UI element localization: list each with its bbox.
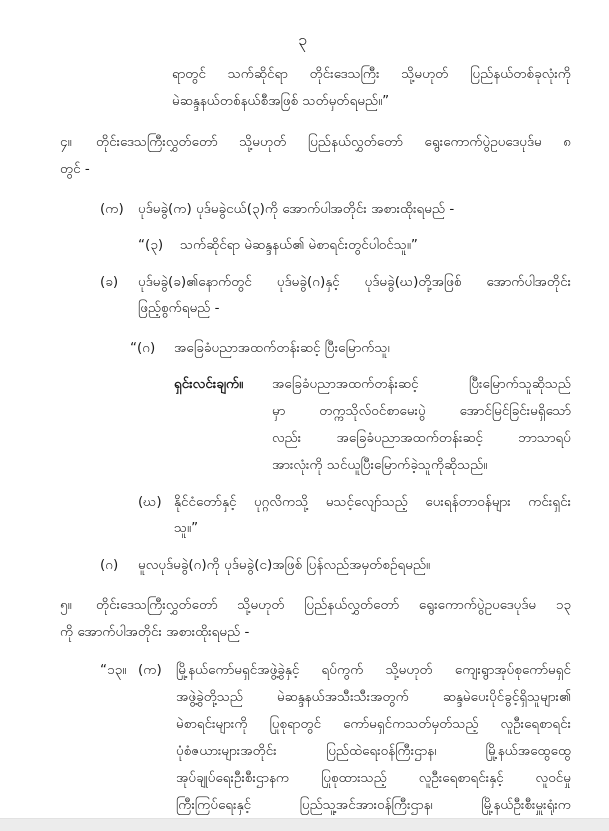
- section-13-item-ka-label: (က): [138, 660, 162, 680]
- item-ka-quote-label: “(၃): [138, 235, 163, 255]
- sub-gha-label: (ဃ): [138, 492, 162, 512]
- explanation-line-2: မှာ တက္ကသိုလ်ဝင်စာမေးပွဲ အောင်မြင်ခြင်းမ…: [272, 401, 571, 421]
- page-number: ၃: [298, 30, 307, 50]
- explanation-line-1: အခြေခံပညာအထက်တန်းဆင့် ပြီးမြောက်သူဆိုသည်: [272, 374, 571, 394]
- item-ka-quote-text: သက်ဆိုင်ရာ မဲဆန္ဒနယ်၏ မဲစာရင်းတွင်ပါဝင်သ…: [180, 235, 418, 255]
- quote-section-13: “၁၃။: [100, 660, 126, 680]
- item-ga-label: (ဂ): [100, 555, 118, 575]
- section-13-line-1: မြို့နယ်ကော်မရှင်အဖွဲ့ခွဲနှင့် ရပ်ကွက် သ…: [176, 660, 571, 680]
- section-5-number: ၅။: [60, 595, 72, 615]
- continuation-line-1: ရာတွင် သက်ဆိုင်ရာ တိုင်းဒေသကြီး သို့မဟုတ…: [172, 64, 571, 84]
- item-kha-line-1: ပုဒ်မခွဲ(ခ)၏နောက်တွင် ပုဒ်မခွဲ(ဂ)နှင့် ပ…: [138, 272, 571, 292]
- item-kha-line-2: ဖြည့်စွက်ရမည် -: [138, 298, 220, 318]
- sub-gha-line-1: နိုင်ငံတော်နှင့် ပုဂ္ဂလိကသို့ မသင့်လျော်…: [174, 492, 571, 512]
- section-13-line-5: အုပ်ချုပ်ရေးဦးစီးဌာနက ပြုစုထားသည့် လူဦးရ…: [176, 768, 571, 788]
- item-ga-text: မူလပုဒ်မခွဲ(ဂ)ကို ပုဒ်မခွဲ(င)အဖြစ် ပြန်လ…: [138, 555, 430, 575]
- sub-ga-label: “(ဂ): [130, 338, 155, 358]
- sub-gha-line-2: သူ။”: [174, 518, 198, 538]
- explanation-line-4: အားလုံးကို သင်ယူပြီးမြောက်ခဲ့သူကိုဆိုသည်…: [272, 455, 487, 475]
- section-13-line-3: မဲစာရင်းများကို ပြုစုရာတွင် ကော်မရှင်ကသတ…: [176, 714, 571, 734]
- section-4-line-1: တိုင်းဒေသကြီးလွှတ်တော် သို့မဟုတ် ပြည်နယ်…: [96, 132, 571, 152]
- continuation-line-2: မဲဆန္ဒနယ်တစ်နယ်စီအဖြစ် သတ်မှတ်ရမည်။”: [172, 91, 389, 111]
- section-13-line-6: ကြီးကြပ်ရေးနှင့် ပြည်သူ့အင်အားဝန်ကြီးဌာန…: [176, 795, 571, 815]
- section-13-line-2: အဖွဲ့ခွဲတို့သည် မဲဆန္ဒနယ်အသီးသီးအတွက် ဆန…: [176, 687, 571, 707]
- sub-ga-text: အခြေခံပညာအထက်တန်းဆင့် ပြီးမြောက်သူ၊: [174, 338, 390, 358]
- document-page: ၃ ရာတွင် သက်ဆိုင်ရာ တိုင်းဒေသကြီး သို့မဟ…: [0, 0, 609, 818]
- page-bottom-edge: [0, 818, 609, 831]
- item-ka-text: ပုဒ်မခွဲ(က) ပုဒ်မခွဲငယ်(၃)ကို အောက်ပါအတိ…: [138, 199, 454, 219]
- explanation-heading: ရှင်းလင်းချက်။: [174, 374, 243, 394]
- item-kha-label: (ခ): [100, 272, 118, 292]
- item-ka-label: (က): [100, 199, 124, 219]
- section-4-number: ၄။: [60, 132, 72, 152]
- section-5-line-2: ကို အောက်ပါအတိုင်း အစားထိုးရမည် -: [60, 622, 249, 642]
- section-4-line-2: တွင် -: [60, 159, 90, 179]
- section-13-line-4: ပုံစံဇယားများအတိုင်း ပြည်ထဲရေးဝန်ကြီးဌာန…: [176, 741, 571, 761]
- explanation-line-3: လည်း အခြေခံပညာအထက်တန်းဆင့် ဘာသာရပ်: [272, 428, 571, 448]
- section-5-line-1: တိုင်းဒေသကြီးလွှတ်တော် သို့မဟုတ် ပြည်နယ်…: [96, 595, 571, 615]
